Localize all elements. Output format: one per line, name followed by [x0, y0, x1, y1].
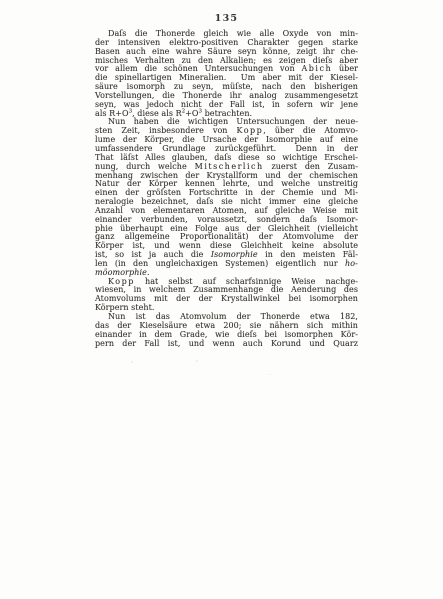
scan-speck	[103, 37, 104, 38]
person-name: Mitscherlich	[195, 162, 264, 171]
paragraph: Kopp hat selbst auf scharfsinnige Weise …	[95, 278, 358, 313]
person-name: Kopp	[236, 126, 263, 135]
scan-speck	[282, 11, 283, 12]
paragraph: Nun haben die wichtigen Untersuchungen d…	[95, 118, 358, 277]
text-block: Daſs die Thonerde gleich wie alle Oxyde …	[95, 30, 358, 348]
person-name: Kopp	[108, 277, 135, 286]
paragraph: Nun ist das Atomvolum der Thonerde etwa …	[95, 313, 358, 348]
superscript: 3	[129, 108, 133, 114]
superscript: 3	[199, 108, 203, 114]
superscript: 2	[182, 108, 186, 114]
scan-speck	[131, 361, 133, 363]
page-number: 135	[95, 13, 358, 24]
person-name: Abich	[302, 64, 333, 73]
paragraph: Daſs die Thonerde gleich wie alle Oxyde …	[95, 30, 358, 118]
text-line: pern der Fall ist, und wenn auch Korund …	[95, 340, 358, 349]
scan-speck	[196, 360, 198, 362]
scan-speck	[269, 374, 271, 375]
scanned-page: 135 Daſs die Thonerde gleich wie alle Ox…	[0, 0, 443, 599]
